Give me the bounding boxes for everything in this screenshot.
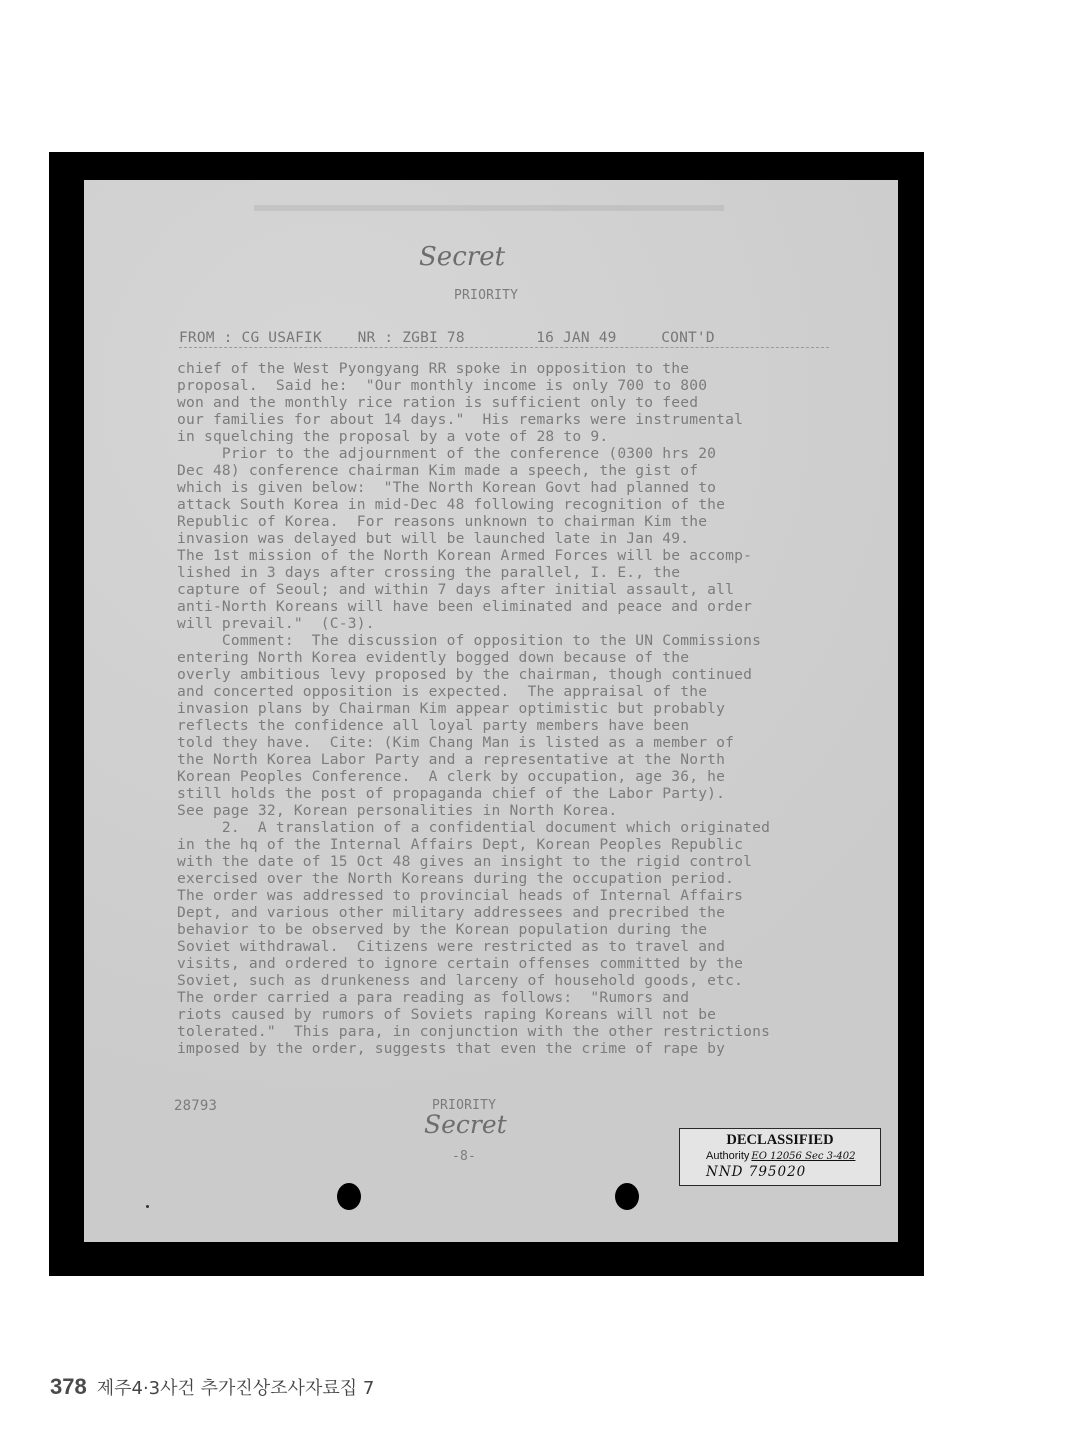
book-title: 제주4·3사건 추가진상조사자료집 7 — [97, 1374, 375, 1400]
body-line: Dec 48) conference chairman Kim made a s… — [177, 462, 698, 479]
body-line: told they have. Cite: (Kim Chang Man is … — [177, 734, 734, 751]
body-line: exercised over the North Koreans during … — [177, 870, 734, 887]
scan-frame: Secret PRIORITY FROM : CG USAFIK NR : ZG… — [49, 152, 924, 1276]
document-body: chief of the West Pyongyang RR spoke in … — [177, 360, 877, 1057]
body-line: overly ambitious levy proposed by the ch… — [177, 666, 752, 683]
stamp-title: DECLASSIFIED — [680, 1132, 880, 1149]
stamp-authority-value: EO 12056 Sec 3-402 — [751, 1151, 855, 1162]
speck-mark — [146, 1205, 149, 1208]
bleed-through-line — [254, 205, 724, 211]
body-line: Soviet withdrawal. Citizens were restric… — [177, 938, 725, 955]
book-footer: 378 제주4·3사건 추가진상조사자료집 7 — [50, 1374, 374, 1400]
body-line: still holds the post of propaganda chief… — [177, 785, 725, 802]
body-line: capture of Seoul; and within 7 days afte… — [177, 581, 734, 598]
stamp-authority-label: Authority — [706, 1150, 749, 1162]
body-line: Dept, and various other military address… — [177, 904, 725, 921]
body-line: 2. A translation of a confidential docum… — [177, 819, 770, 836]
body-line: attack South Korea in mid-Dec 48 followi… — [177, 496, 725, 513]
stamp-nnd-number: NND 795020 — [706, 1164, 806, 1180]
handwritten-secret-top: Secret — [419, 242, 505, 272]
body-line: invasion plans by Chairman Kim appear op… — [177, 700, 725, 717]
body-line: behavior to be observed by the Korean po… — [177, 921, 707, 938]
body-line: lished in 3 days after crossing the para… — [177, 564, 680, 581]
body-line: in the hq of the Internal Affairs Dept, … — [177, 836, 743, 853]
message-header: FROM : CG USAFIK NR : ZGBI 78 16 JAN 49 … — [179, 330, 829, 348]
body-line: the North Korea Labor Party and a repres… — [177, 751, 725, 768]
priority-heading-top: PRIORITY — [454, 288, 518, 303]
body-line: won and the monthly rice ration is suffi… — [177, 394, 698, 411]
body-line: See page 32, Korean personalities in Nor… — [177, 802, 617, 819]
body-line: Korean Peoples Conference. A clerk by oc… — [177, 768, 725, 785]
body-line: chief of the West Pyongyang RR spoke in … — [177, 360, 689, 377]
body-line: The order was addressed to provincial he… — [177, 887, 743, 904]
punch-hole-right — [615, 1183, 639, 1210]
body-line: riots caused by rumors of Soviets raping… — [177, 1006, 716, 1023]
handwritten-secret-bottom: Secret — [424, 1110, 507, 1139]
stamp-authority: AuthorityEO 12056 Sec 3-402 — [706, 1150, 855, 1162]
body-line: visits, and ordered to ignore certain of… — [177, 955, 743, 972]
body-line: Prior to the adjournment of the conferen… — [177, 445, 716, 462]
body-line: Republic of Korea. For reasons unknown t… — [177, 513, 707, 530]
body-line: reflects the confidence all loyal party … — [177, 717, 689, 734]
body-line: imposed by the order, suggests that even… — [177, 1040, 725, 1057]
body-line: invasion was delayed but will be launche… — [177, 530, 689, 547]
body-line: tolerated." This para, in conjunction wi… — [177, 1023, 770, 1040]
document-page: Secret PRIORITY FROM : CG USAFIK NR : ZG… — [84, 180, 898, 1242]
body-line: and concerted opposition is expected. Th… — [177, 683, 707, 700]
body-line: The order carried a para reading as foll… — [177, 989, 689, 1006]
page-marker: -8- — [452, 1149, 476, 1164]
body-line: The 1st mission of the North Korean Arme… — [177, 547, 752, 564]
body-line: Soviet, such as drunkeness and larceny o… — [177, 972, 743, 989]
punch-hole-left — [337, 1183, 361, 1210]
document-number: 28793 — [174, 1098, 217, 1114]
book-page-number: 378 — [50, 1374, 87, 1400]
body-line: our families for about 14 days." His rem… — [177, 411, 743, 428]
body-line: anti-North Koreans will have been elimin… — [177, 598, 752, 615]
body-line: which is given below: "The North Korean … — [177, 479, 716, 496]
declassified-stamp: DECLASSIFIED AuthorityEO 12056 Sec 3-402… — [679, 1128, 881, 1186]
body-line: with the date of 15 Oct 48 gives an insi… — [177, 853, 752, 870]
body-line: entering North Korea evidently bogged do… — [177, 649, 689, 666]
body-line: proposal. Said he: "Our monthly income i… — [177, 377, 707, 394]
body-line: Comment: The discussion of opposition to… — [177, 632, 761, 649]
body-line: will prevail." (C-3). — [177, 615, 375, 632]
body-line: in squelching the proposal by a vote of … — [177, 428, 608, 445]
